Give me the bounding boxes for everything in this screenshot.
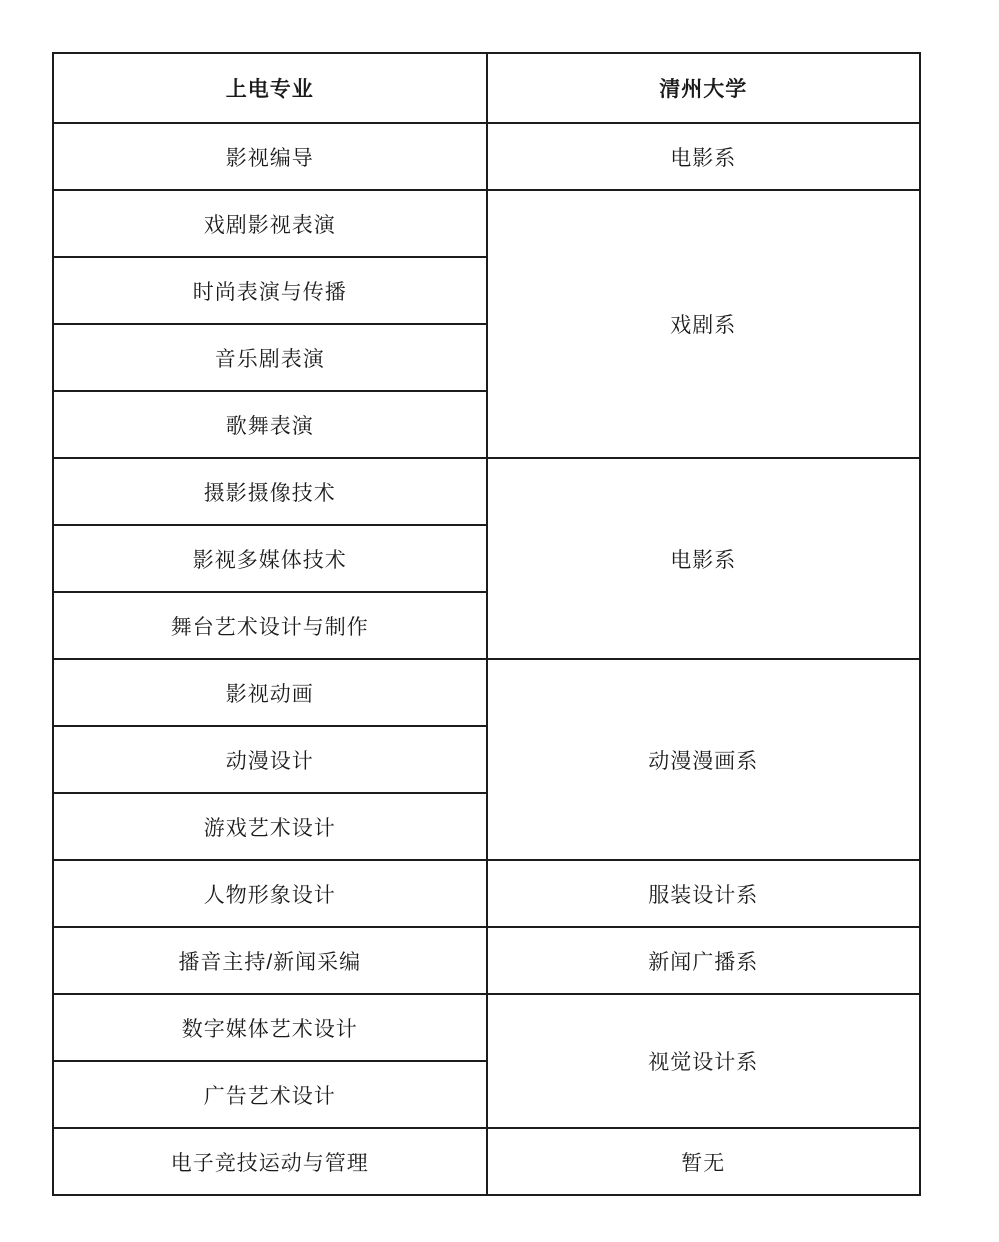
department-cell: 暂无: [487, 1128, 921, 1195]
department-cell: 动漫漫画系: [487, 659, 921, 860]
major-cell: 影视多媒体技术: [53, 525, 487, 592]
department-cell: 电影系: [487, 458, 921, 659]
department-cell: 戏剧系: [487, 190, 921, 458]
table-header-row: 上电专业 清州大学: [53, 53, 920, 123]
major-cell: 时尚表演与传播: [53, 257, 487, 324]
department-cell: 服装设计系: [487, 860, 921, 927]
major-cell: 动漫设计: [53, 726, 487, 793]
header-university: 清州大学: [487, 53, 921, 123]
major-cell: 电子竞技运动与管理: [53, 1128, 487, 1195]
table-row: 摄影摄像技术 电影系: [53, 458, 920, 525]
department-cell: 新闻广播系: [487, 927, 921, 994]
header-majors: 上电专业: [53, 53, 487, 123]
major-department-table: 上电专业 清州大学 影视编导 电影系 戏剧影视表演 戏剧系 时尚表演与传播 音乐…: [52, 52, 921, 1196]
major-cell: 影视动画: [53, 659, 487, 726]
department-cell: 视觉设计系: [487, 994, 921, 1128]
table-row: 电子竞技运动与管理 暂无: [53, 1128, 920, 1195]
major-cell: 广告艺术设计: [53, 1061, 487, 1128]
major-cell: 影视编导: [53, 123, 487, 190]
table-row: 数字媒体艺术设计 视觉设计系: [53, 994, 920, 1061]
table-row: 影视编导 电影系: [53, 123, 920, 190]
page: 上电专业 清州大学 影视编导 电影系 戏剧影视表演 戏剧系 时尚表演与传播 音乐…: [0, 0, 999, 1242]
major-cell: 播音主持/新闻采编: [53, 927, 487, 994]
table-row: 人物形象设计 服装设计系: [53, 860, 920, 927]
table-row: 影视动画 动漫漫画系: [53, 659, 920, 726]
major-cell: 游戏艺术设计: [53, 793, 487, 860]
major-cell: 音乐剧表演: [53, 324, 487, 391]
major-cell: 数字媒体艺术设计: [53, 994, 487, 1061]
table-row: 播音主持/新闻采编 新闻广播系: [53, 927, 920, 994]
major-cell: 摄影摄像技术: [53, 458, 487, 525]
major-cell: 舞台艺术设计与制作: [53, 592, 487, 659]
major-cell: 歌舞表演: [53, 391, 487, 458]
major-cell: 人物形象设计: [53, 860, 487, 927]
department-cell: 电影系: [487, 123, 921, 190]
major-cell: 戏剧影视表演: [53, 190, 487, 257]
table-row: 戏剧影视表演 戏剧系: [53, 190, 920, 257]
